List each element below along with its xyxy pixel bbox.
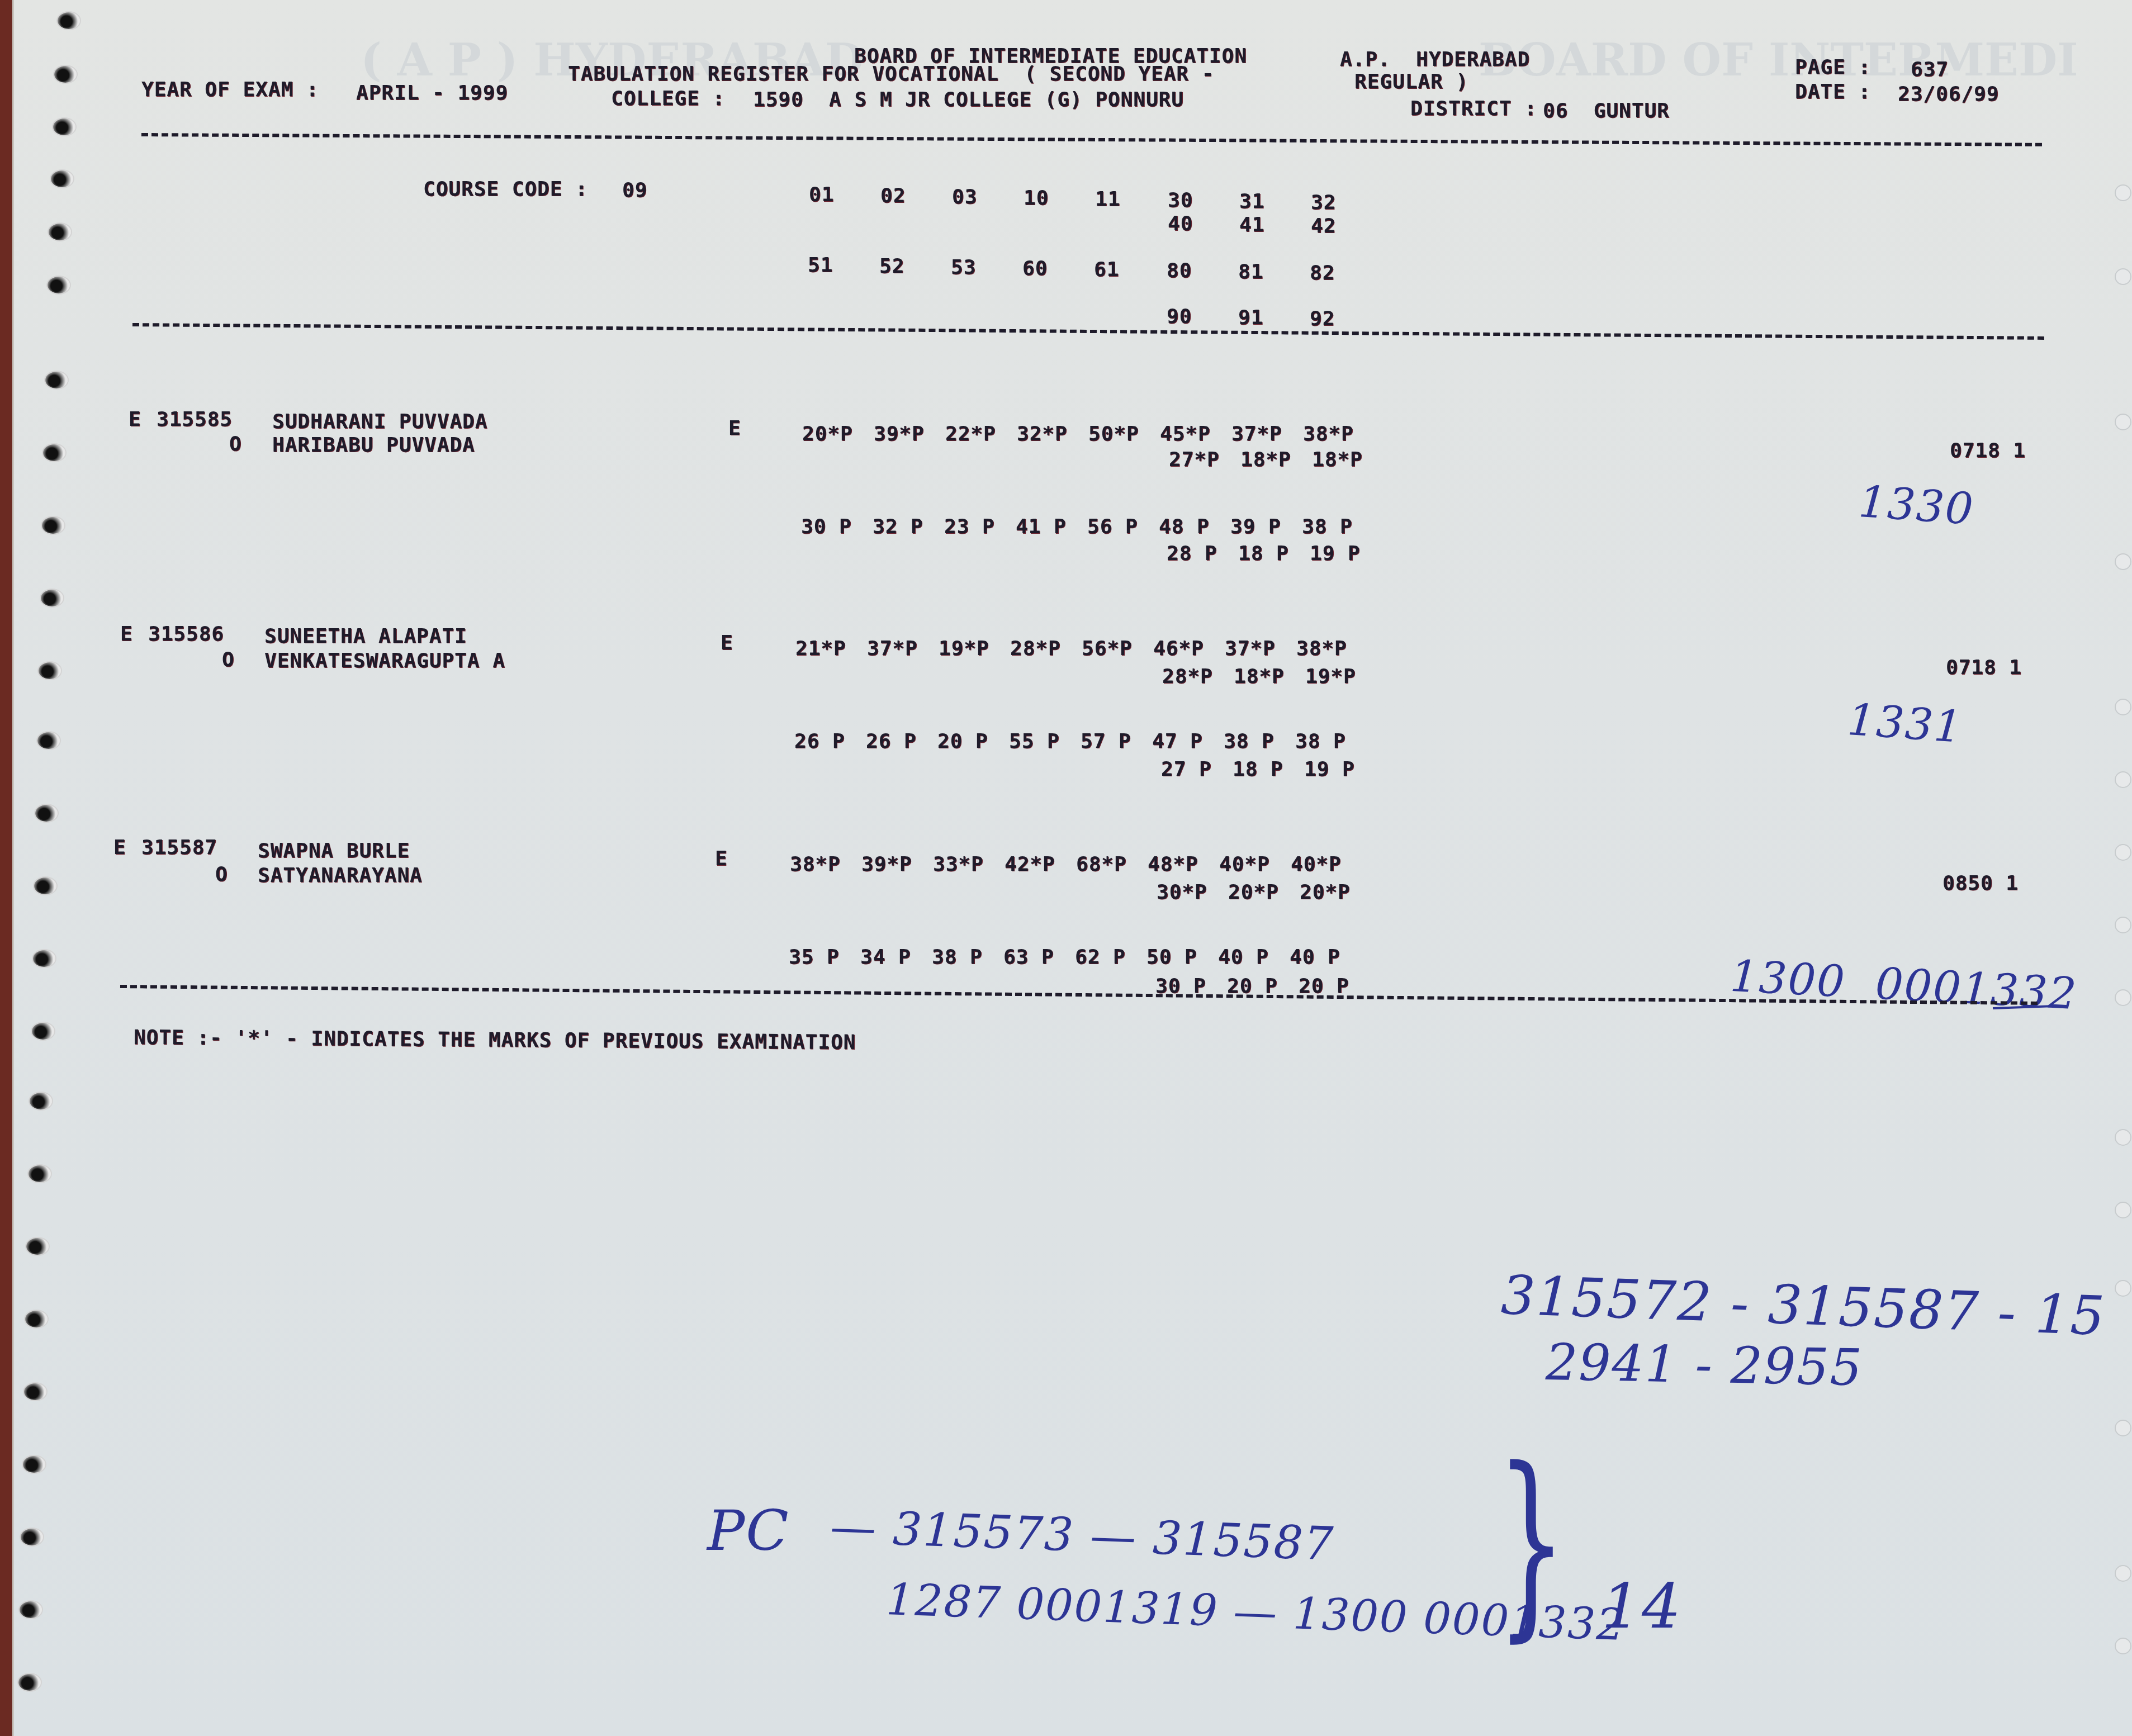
- current-marks-row: 30 P 32 P 23 P 41 P 56 P 48 P 39 P 38 P: [801, 515, 1373, 538]
- subject-code: 02: [880, 184, 906, 207]
- page-number: 637: [1911, 58, 1949, 81]
- subject-code: 51: [808, 254, 833, 277]
- mark-cell: 23 P: [944, 515, 1016, 538]
- course-code-label: COURSE CODE :: [423, 178, 588, 201]
- previous-marks-row: 20*P 39*P 22*P 32*P 50*P 45*P 37*P 38*P: [802, 423, 1375, 445]
- perforation-hole-icon: [34, 878, 56, 894]
- stream-code: E: [715, 847, 728, 870]
- mark-cell: 48*P: [1148, 853, 1219, 876]
- perforation-hole-icon: [43, 444, 65, 461]
- perforation-hole-icon: [41, 590, 63, 606]
- mark-cell: 38 P: [932, 946, 1003, 969]
- perforation-hole-icon: [2115, 1565, 2131, 1582]
- handwritten-serial: 1331: [1846, 695, 1964, 753]
- register-title: TABULATION REGISTER FOR VOCATIONAL ( SEC…: [568, 63, 1214, 86]
- parent-code: O: [215, 863, 228, 886]
- curly-brace-icon: }: [1496, 1442, 1567, 1643]
- mark-cell: 27*P: [1169, 448, 1240, 471]
- handwritten-pc-label: PC: [707, 1498, 790, 1563]
- mark-cell: 38 P: [1224, 730, 1295, 753]
- perforation-hole-icon: [39, 662, 61, 679]
- tabulation-register-sheet: ( A P ) HYDERABAD BOARD OF INTERMEDI BOA…: [12, 0, 2132, 1736]
- mark-cell: 21*P: [795, 637, 867, 660]
- mark-cell: 39 P: [1230, 515, 1302, 538]
- mark-cell: 47 P: [1152, 730, 1224, 753]
- mark-cell: 18*P: [1240, 448, 1312, 471]
- mark-cell: 20*P: [1228, 881, 1300, 904]
- mark-cell: 28*P: [1162, 665, 1234, 688]
- perforation-hole-icon: [45, 372, 68, 388]
- subject-code: 31: [1239, 190, 1264, 213]
- perforation-hole-icon: [33, 950, 55, 967]
- perforation-hole-icon: [23, 1456, 45, 1473]
- mark-cell: 28*P: [1010, 637, 1082, 660]
- parent-name: HARIBABU PUVVADA: [272, 434, 475, 457]
- mark-cell: 38*P: [790, 853, 861, 876]
- perforation-hole-icon: [2115, 1129, 2131, 1146]
- perforation-hole-icon: [2115, 989, 2131, 1006]
- mark-cell: 40 P: [1218, 946, 1290, 969]
- previous-marks-row: 38*P 39*P 33*P 42*P 68*P 48*P 40*P 40*P: [790, 853, 1362, 876]
- mark-cell: 40*P: [1291, 853, 1362, 876]
- subject-code: 61: [1094, 258, 1119, 281]
- mark-cell: 28 P: [1167, 542, 1238, 565]
- medium-code: E: [120, 623, 133, 646]
- mark-cell: 57 P: [1081, 730, 1152, 753]
- parent-code: O: [222, 648, 235, 671]
- mark-cell: 50*P: [1088, 423, 1160, 445]
- subject-code: 82: [1310, 262, 1335, 284]
- mark-cell: 32 P: [873, 515, 944, 538]
- subject-code: 40: [1168, 212, 1193, 235]
- mark-cell: 19 P: [1304, 758, 1376, 781]
- subject-code: 30: [1168, 189, 1193, 212]
- perforation-hole-icon: [2115, 771, 2131, 788]
- perforation-strip: [14, 0, 81, 1736]
- mark-cell: 37*P: [1231, 423, 1303, 445]
- previous-marks-row-b: 28*P 18*P 19*P: [1162, 665, 1377, 688]
- column-header-separator: [132, 323, 2044, 340]
- mark-cell: 26 P: [866, 730, 937, 753]
- handwritten-range-line2: 2941 - 2955: [1545, 1333, 1863, 1397]
- mark-cell: 46*P: [1153, 637, 1225, 660]
- perforation-hole-icon: [29, 1165, 51, 1182]
- footnote: NOTE :- '*' - INDICATES THE MARKS OF PRE…: [134, 1026, 856, 1054]
- perforation-hole-icon: [24, 1383, 46, 1400]
- hall-ticket-number: 315586: [148, 623, 224, 646]
- mark-cell: 56 P: [1087, 515, 1159, 538]
- mark-cell: 68*P: [1076, 853, 1148, 876]
- perforation-hole-icon: [37, 732, 60, 749]
- subject-code: 52: [879, 255, 904, 278]
- mark-cell: 39*P: [874, 423, 945, 445]
- handwritten-brace-count: 14: [1602, 1571, 1682, 1642]
- hall-ticket-number: 315585: [157, 408, 233, 431]
- mark-cell: 22*P: [945, 423, 1017, 445]
- subject-code: 53: [951, 256, 976, 279]
- header-separator: [141, 133, 2042, 146]
- medium-code: E: [129, 408, 141, 431]
- mark-cell: 42*P: [1005, 853, 1076, 876]
- board-location: A.P. HYDERABAD: [1340, 48, 1530, 71]
- mark-cell: 37*P: [1225, 637, 1296, 660]
- mark-cell: 56*P: [1082, 637, 1153, 660]
- mark-cell: 27 P: [1161, 758, 1233, 781]
- subject-code: 90: [1167, 305, 1192, 328]
- student-name: SUDHARANI PUVVADA: [272, 410, 487, 433]
- perforation-hole-icon: [30, 1093, 52, 1109]
- total-result: 0718 1: [1946, 656, 2022, 679]
- perforation-hole-icon: [54, 66, 77, 83]
- mark-cell: 41 P: [1016, 515, 1087, 538]
- total-result: 0718 1: [1950, 439, 2026, 462]
- perforation-hole-icon: [2115, 553, 2131, 570]
- subject-code: 60: [1022, 257, 1048, 280]
- mark-cell: 19*P: [939, 637, 1010, 660]
- date-value: 23/06/99: [1898, 83, 1999, 106]
- perforation-hole-icon: [2115, 1280, 2131, 1297]
- mark-cell: 34 P: [860, 946, 932, 969]
- perforation-hole-icon: [49, 224, 71, 240]
- college-value: 1590 A S M JR COLLEGE (G) PONNURU: [753, 88, 1184, 111]
- perforation-hole-icon: [18, 1674, 41, 1691]
- perforation-hole-icon: [35, 805, 58, 822]
- perforation-hole-icon: [53, 118, 75, 135]
- mark-cell: 18*P: [1312, 448, 1384, 471]
- perforation-hole-icon: [32, 1023, 54, 1040]
- mark-cell: 30*P: [1157, 881, 1228, 904]
- perforation-hole-icon: [21, 1529, 43, 1545]
- perforation-hole-icon: [2115, 1638, 2131, 1654]
- subject-code: 32: [1311, 191, 1336, 214]
- mark-cell: 40 P: [1290, 946, 1361, 969]
- mark-cell: 18 P: [1238, 542, 1310, 565]
- exam-type: REGULAR ): [1354, 70, 1468, 93]
- previous-marks-row-b: 27*P 18*P 18*P: [1169, 448, 1384, 471]
- perforation-hole-icon: [25, 1311, 48, 1327]
- stream-code: E: [728, 417, 741, 440]
- mark-cell: 18*P: [1234, 665, 1305, 688]
- mark-cell: 38 P: [1295, 730, 1367, 753]
- mark-cell: 26 P: [794, 730, 866, 753]
- date-label: DATE :: [1795, 80, 1871, 103]
- mark-cell: 30 P: [801, 515, 873, 538]
- mark-cell: 32*P: [1017, 423, 1088, 445]
- subject-code: 11: [1095, 188, 1120, 211]
- mark-cell: 19*P: [1305, 665, 1377, 688]
- perforation-hole-icon: [48, 277, 70, 293]
- perforation-hole-icon: [2115, 414, 2131, 430]
- mark-cell: 37*P: [867, 637, 939, 660]
- perforation-hole-icon: [20, 1601, 42, 1618]
- mark-cell: 38*P: [1303, 423, 1375, 445]
- perforation-hole-icon: [2115, 844, 2131, 861]
- show-through-text: BOARD OF INTERMEDI: [1479, 34, 2078, 86]
- college-label: COLLEGE :: [611, 87, 725, 110]
- mark-cell: 63 P: [1003, 946, 1075, 969]
- perforation-hole-icon: [58, 12, 80, 29]
- year-of-exam-value: APRIL - 1999: [356, 82, 508, 105]
- parent-name: SATYANARAYANA: [258, 864, 423, 887]
- handwritten-serial: 1300 0001332: [1729, 951, 2078, 1019]
- student-name: SWAPNA BURLE: [258, 839, 410, 862]
- perforation-hole-icon: [51, 170, 73, 187]
- mark-cell: 20 P: [1299, 975, 1370, 998]
- course-code-value: 09: [622, 179, 647, 202]
- mark-cell: 20*P: [1300, 881, 1371, 904]
- current-marks-row-b: 28 P 18 P 19 P: [1167, 542, 1381, 565]
- student-name: SUNEETHA ALAPATI: [264, 625, 467, 648]
- subject-code: 10: [1024, 187, 1049, 210]
- district-label: DISTRICT :: [1410, 97, 1537, 120]
- current-marks-row-b: 27 P 18 P 19 P: [1161, 758, 1376, 781]
- previous-marks-row-b: 30*P 20*P 20*P: [1157, 881, 1371, 904]
- handwritten-pc-range: — 315573 — 315587: [830, 1500, 1335, 1571]
- perforation-hole-icon: [2115, 917, 2131, 933]
- page-label: PAGE :: [1795, 56, 1871, 79]
- subject-code: 80: [1167, 259, 1192, 282]
- handwritten-serial: 1330: [1857, 477, 1975, 535]
- subject-code: 81: [1238, 260, 1263, 283]
- total-result: 0850 1: [1943, 872, 2019, 895]
- mark-cell: 55 P: [1009, 730, 1081, 753]
- mark-cell: 38 P: [1302, 515, 1373, 538]
- current-marks-row: 26 P 26 P 20 P 55 P 57 P 47 P 38 P 38 P: [794, 730, 1367, 753]
- perforation-hole-icon: [26, 1238, 49, 1255]
- parent-name: VENKATESWARAGUPTA A: [264, 649, 505, 672]
- subject-code: 91: [1238, 306, 1263, 329]
- previous-marks-row: 21*P 37*P 19*P 28*P 56*P 46*P 37*P 38*P: [795, 637, 1368, 660]
- year-of-exam-label: YEAR OF EXAM :: [141, 78, 319, 101]
- mark-cell: 20*P: [802, 423, 874, 445]
- perforation-hole-icon: [42, 517, 64, 534]
- mark-cell: 48 P: [1159, 515, 1230, 538]
- district-value: 06 GUNTUR: [1543, 99, 1670, 122]
- mark-cell: 33*P: [933, 853, 1005, 876]
- subject-code: 92: [1310, 307, 1335, 330]
- mark-cell: 39*P: [861, 853, 933, 876]
- mark-cell: 18 P: [1233, 758, 1304, 781]
- parent-code: O: [229, 433, 242, 456]
- perforation-hole-icon: [2115, 268, 2131, 285]
- mark-cell: 20 P: [937, 730, 1009, 753]
- perforation-hole-icon: [2115, 1202, 2131, 1218]
- mark-cell: 40*P: [1219, 853, 1291, 876]
- mark-cell: 19 P: [1310, 542, 1381, 565]
- current-marks-row: 35 P 34 P 38 P 63 P 62 P 50 P 40 P 40 P: [789, 946, 1361, 969]
- subject-code: 42: [1311, 215, 1336, 238]
- perforation-hole-icon: [2115, 699, 2131, 715]
- subject-code: 41: [1239, 214, 1264, 236]
- mark-cell: 38*P: [1296, 637, 1368, 660]
- mark-cell: 62 P: [1075, 946, 1146, 969]
- hall-ticket-number: 315587: [141, 836, 217, 859]
- mark-cell: 35 P: [789, 946, 860, 969]
- perforation-hole-icon: [2115, 1420, 2131, 1436]
- mark-cell: 45*P: [1160, 423, 1231, 445]
- subject-code: 01: [809, 183, 834, 206]
- stream-code: E: [721, 632, 733, 654]
- perforation-hole-icon: [2115, 184, 2131, 201]
- medium-code: E: [113, 836, 126, 859]
- subject-code: 03: [952, 186, 977, 208]
- mark-cell: 50 P: [1146, 946, 1218, 969]
